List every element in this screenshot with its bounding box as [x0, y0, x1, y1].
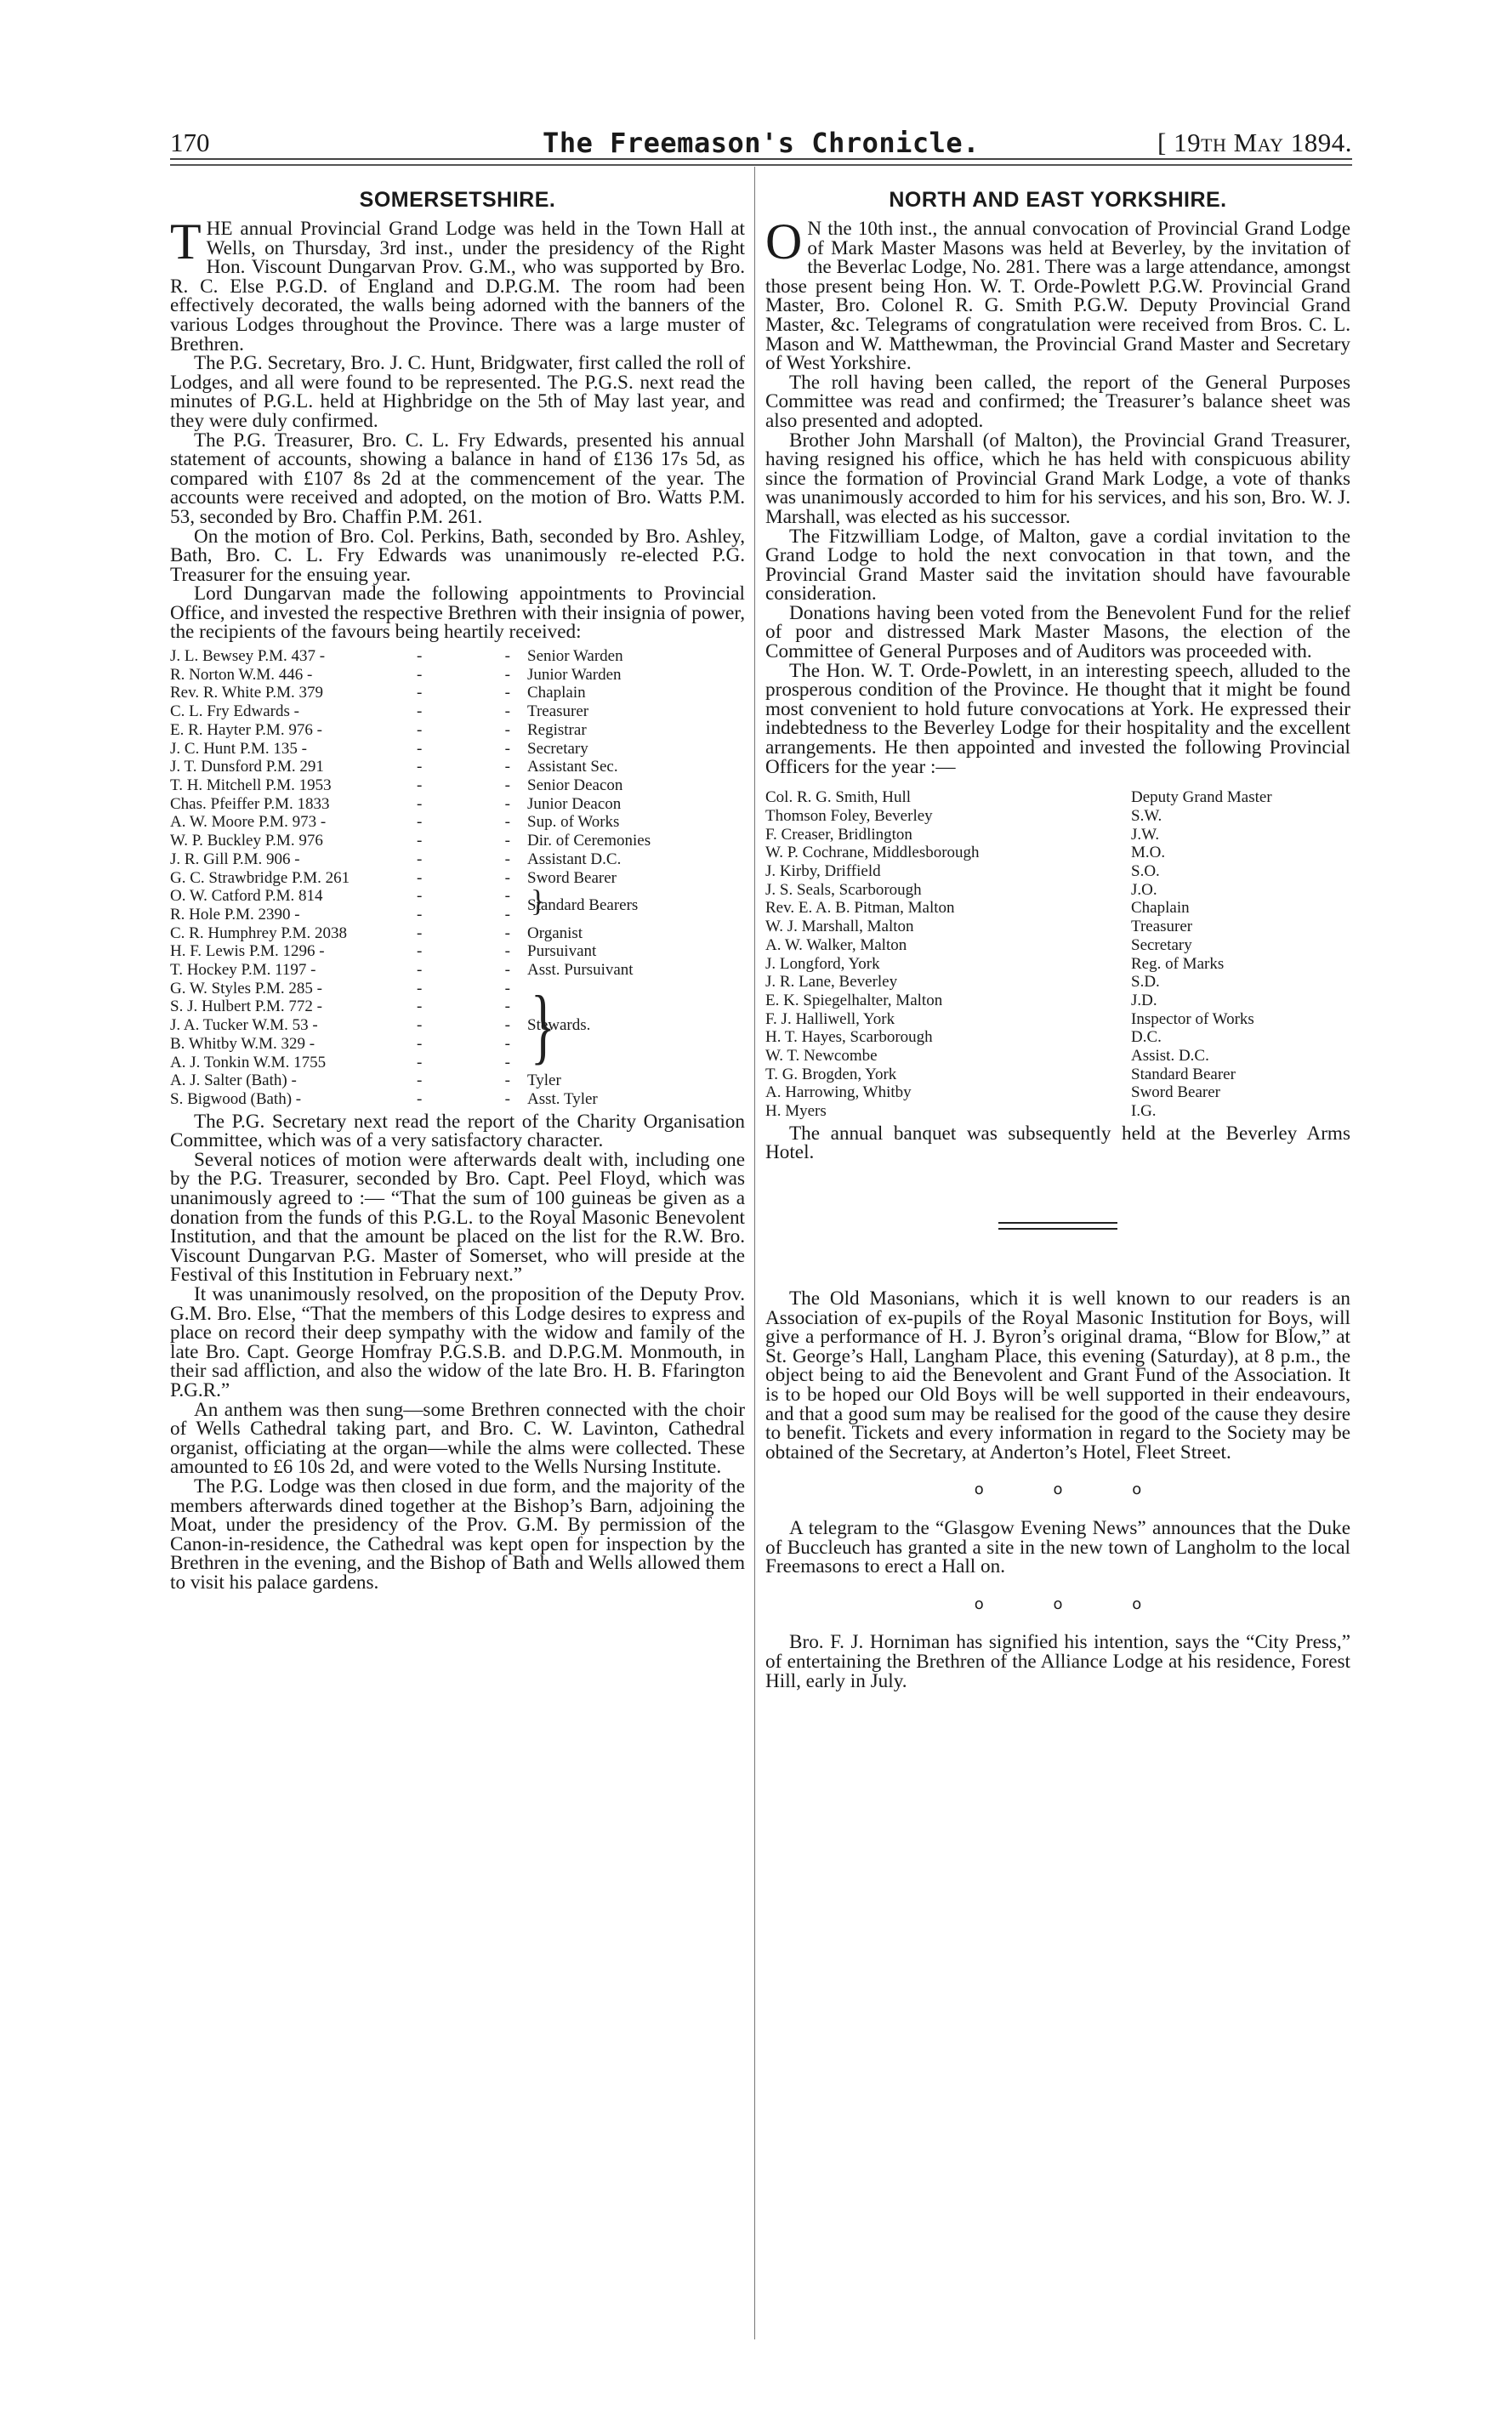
- officer-row: Rev. R. White P.M. 379--Chaplain: [170, 684, 745, 702]
- column-divider: [754, 167, 755, 2339]
- paragraph: Brother John Marshall (of Malton), the P…: [765, 431, 1350, 527]
- somerset-officers-list: J. L. Bewsey P.M. 437 ---Senior Warden R…: [170, 647, 745, 1109]
- paragraph: The P.G. Secretary, Bro. J. C. Hunt, Bri…: [170, 354, 745, 430]
- paragraph: An anthem was then sung—some Brethren co…: [170, 1401, 745, 1477]
- officer-row: H. MyersI.G.: [765, 1102, 1350, 1121]
- officer-row: W. P. Buckley P.M. 976--Dir. of Ceremoni…: [170, 832, 745, 850]
- paragraph: The Fitzwilliam Lodge, of Malton, gave a…: [765, 527, 1350, 604]
- officer-row: J. Longford, YorkReg. of Marks: [765, 955, 1350, 974]
- drop-cap: T: [170, 221, 207, 262]
- officer-row: S. J. Hulbert P.M. 772 ---: [170, 998, 745, 1016]
- paragraph-banquet: The annual banquet was subsequently held…: [765, 1124, 1350, 1162]
- officer-row: W. T. NewcombeAssist. D.C.: [765, 1047, 1350, 1066]
- officer-row: A. W. Moore P.M. 973 ---Sup. of Works: [170, 813, 745, 832]
- masthead: 170 The Freemason's Chronicle. [ 19th Ma…: [170, 128, 1352, 162]
- officer-row: O. W. Catford P.M. 814--Standard Bearers…: [170, 887, 745, 906]
- officer-row: J. L. Bewsey P.M. 437 ---Senior Warden: [170, 647, 745, 666]
- officer-row: J. T. Dunsford P.M. 291--Assistant Sec.: [170, 758, 745, 776]
- officer-row: E. K. Spiegelhalter, MaltonJ.D.: [765, 992, 1350, 1010]
- separator-circles: o o o: [798, 1595, 1350, 1615]
- officer-row: F. Creaser, BridlingtonJ.W.: [765, 826, 1350, 844]
- officer-row: G. C. Strawbridge P.M. 261--Sword Bearer: [170, 869, 745, 888]
- paragraph: ON the 10th inst., the annual convocatio…: [765, 219, 1350, 373]
- officer-row: A. Harrowing, WhitbySword Bearer: [765, 1083, 1350, 1102]
- paragraph-telegram: A telegram to the “Glasgow Evening News”…: [765, 1519, 1350, 1577]
- officer-row: Col. R. G. Smith, HullDeputy Grand Maste…: [765, 788, 1350, 807]
- masthead-rule: [170, 158, 1352, 166]
- paragraph: The P.G. Treasurer, Bro. C. L. Fry Edwar…: [170, 431, 745, 527]
- officer-row: Chas. Pfeiffer P.M. 1833--Junior Deacon: [170, 795, 745, 814]
- officer-row: J. S. Seals, ScarboroughJ.O.: [765, 881, 1350, 900]
- officer-row: A. W. Walker, MaltonSecretary: [765, 936, 1350, 955]
- officer-row: J. C. Hunt P.M. 135 ---Secretary: [170, 740, 745, 759]
- officer-row: F. J. Halliwell, YorkInspector of Works: [765, 1010, 1350, 1029]
- officer-row: S. Bigwood (Bath) ---Asst. Tyler: [170, 1090, 745, 1109]
- officer-row: J. R. Lane, BeverleyS.D.: [765, 973, 1350, 992]
- officer-row: Thomson Foley, BeverleyS.W.: [765, 807, 1350, 826]
- paragraph: Lord Dungarvan made the following appoin…: [170, 584, 745, 642]
- officer-row: J. R. Gill P.M. 906 ---Assistant D.C.: [170, 850, 745, 869]
- section-heading-yorkshire: NORTH AND EAST YORKSHIRE.: [765, 187, 1350, 213]
- paragraph: The roll having been called, the report …: [765, 373, 1350, 431]
- paragraph: Donations having been voted from the Ben…: [765, 604, 1350, 662]
- officer-row: E. R. Hayter P.M. 976 ---Registrar: [170, 721, 745, 740]
- issue-date: [ 19th May 1894.: [1157, 128, 1352, 158]
- officer-row: J. A. Tucker W.M. 53 ---Stewards.: [170, 1016, 745, 1035]
- officer-row: T. Hockey P.M. 1197 ---Asst. Pursuivant: [170, 961, 745, 980]
- officer-row: W. J. Marshall, MaltonTreasurer: [765, 918, 1350, 936]
- officer-row: A. J. Tonkin W.M. 1755--: [170, 1054, 745, 1072]
- officer-row: R. Norton W.M. 446 ---Junior Warden: [170, 666, 745, 685]
- paragraph-old-masonians: The Old Masonians, which it is well know…: [765, 1289, 1350, 1462]
- separator-circles: o o o: [798, 1481, 1350, 1500]
- paragraph: Several notices of motion were afterward…: [170, 1151, 745, 1285]
- officer-row: C. L. Fry Edwards ---Treasurer: [170, 702, 745, 721]
- right-column: NORTH AND EAST YORKSHIRE. ON the 10th in…: [765, 187, 1350, 1691]
- officer-row: A. J. Salter (Bath) ---Tyler: [170, 1071, 745, 1090]
- officer-row: R. Hole P.M. 2390 ---: [170, 906, 745, 924]
- newspaper-page: 170 The Freemason's Chronicle. [ 19th Ma…: [0, 0, 1512, 2427]
- paragraph: It was unanimously resolved, on the prop…: [170, 1285, 745, 1401]
- left-column: SOMERSETSHIRE. THE annual Provincial Gra…: [170, 187, 745, 1592]
- officer-row: T. H. Mitchell P.M. 1953--Senior Deacon: [170, 776, 745, 795]
- officer-row: H. T. Hayes, ScarboroughD.C.: [765, 1028, 1350, 1047]
- section-heading-somersetshire: SOMERSETSHIRE.: [170, 187, 745, 213]
- paragraph: The P.G. Lodge was then closed in due fo…: [170, 1477, 745, 1593]
- officer-row: G. W. Styles P.M. 285 ---}: [170, 980, 745, 998]
- drop-cap: O: [765, 221, 807, 262]
- officer-row: W. P. Cochrane, MiddlesboroughM.O.: [765, 844, 1350, 862]
- paragraph: THE annual Provincial Grand Lodge was he…: [170, 219, 745, 354]
- yorkshire-officers-list: Col. R. G. Smith, HullDeputy Grand Maste…: [765, 788, 1350, 1121]
- officer-row: H. F. Lewis P.M. 1296 ---Pursuivant: [170, 942, 745, 961]
- paragraph-horniman: Bro. F. J. Horniman has signified his in…: [765, 1633, 1350, 1691]
- paragraph: On the motion of Bro. Col. Perkins, Bath…: [170, 527, 745, 585]
- officer-row: Rev. E. A. B. Pitman, MaltonChaplain: [765, 899, 1350, 918]
- officer-row: C. R. Humphrey P.M. 2038--Organist: [170, 924, 745, 943]
- officer-row: J. Kirby, DriffieldS.O.: [765, 862, 1350, 881]
- paragraph: The Hon. W. T. Orde-Powlett, in an inter…: [765, 662, 1350, 777]
- paragraph: The P.G. Secretary next read the report …: [170, 1112, 745, 1151]
- section-separator-rule: [998, 1222, 1117, 1230]
- officer-row: B. Whitby W.M. 329 ---: [170, 1035, 745, 1054]
- officer-row: T. G. Brogden, YorkStandard Bearer: [765, 1066, 1350, 1084]
